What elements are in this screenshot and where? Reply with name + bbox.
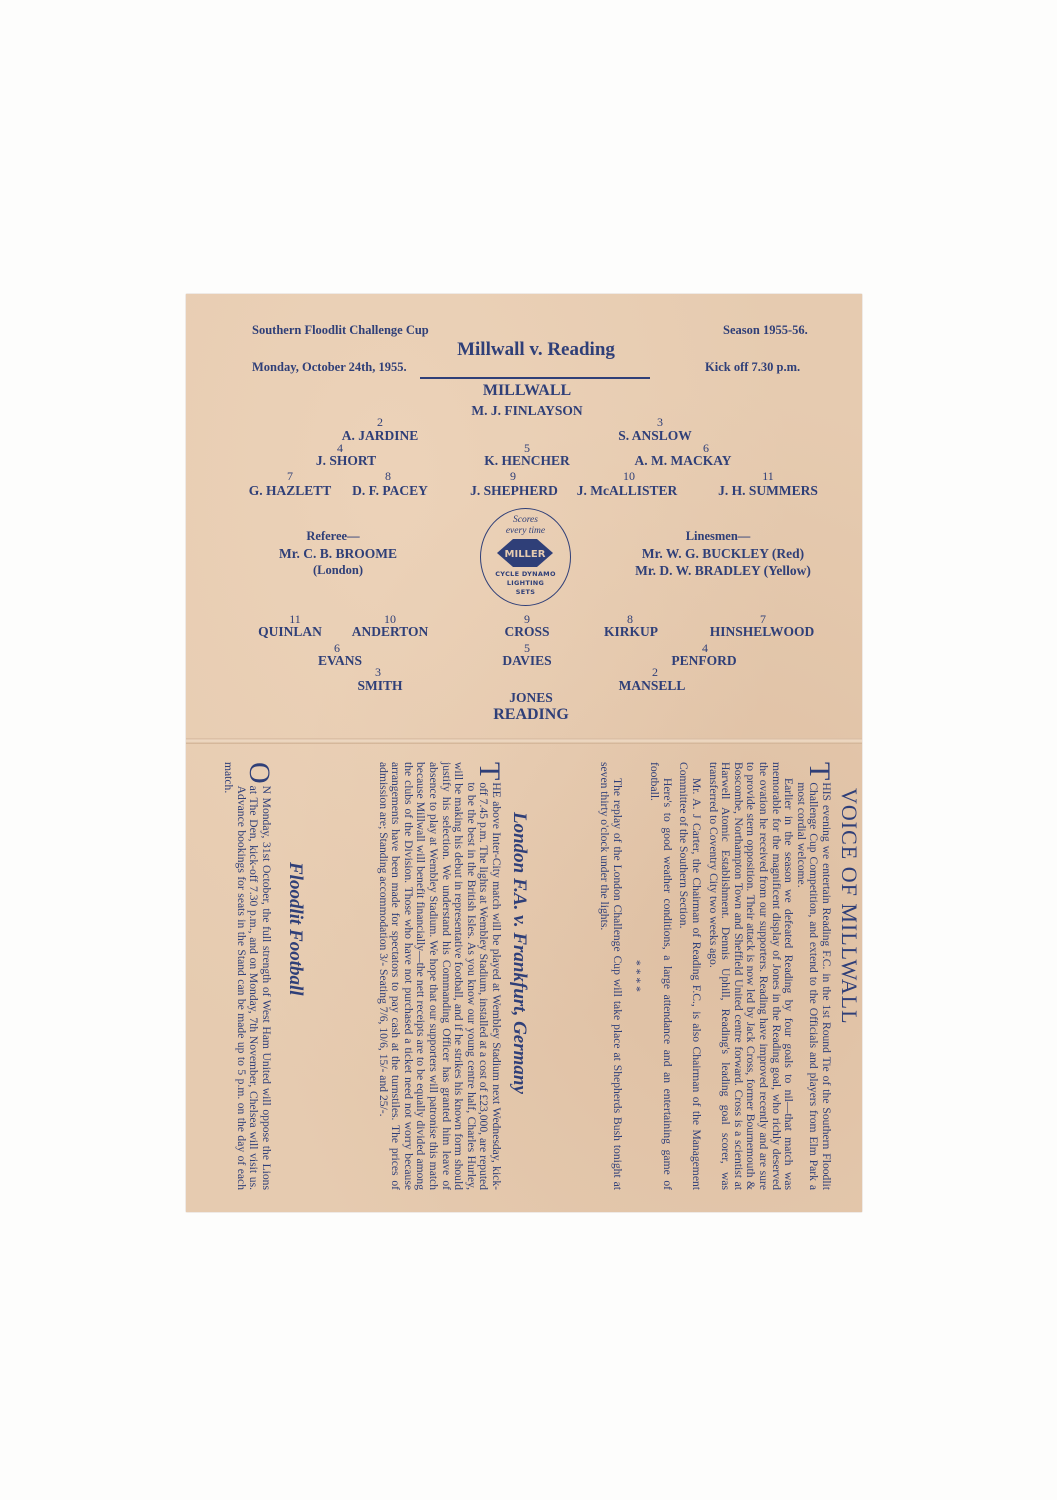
away-goalkeeper: JONES: [509, 690, 553, 706]
player-name: PENFORD: [671, 653, 736, 669]
player-name: QUINLAN: [258, 624, 322, 640]
player-name: A. M. MACKAY: [635, 453, 732, 469]
player-number: 10: [623, 469, 635, 484]
advert-product: LIGHTING: [481, 579, 570, 587]
player-number: 9: [510, 469, 516, 484]
player-number: 8: [385, 469, 391, 484]
voice-heading: VOICE OF MILLWALL: [836, 788, 862, 1025]
season-label: Season 1955-56.: [723, 323, 808, 338]
advert-product: CYCLE DYNAMO: [481, 570, 570, 578]
competition-name: Southern Floodlit Challenge Cup: [252, 323, 429, 338]
voice-para-3: Mr. A. J Carter, the Chairman of Reading…: [677, 762, 702, 1190]
advert-tagline: Scores: [481, 515, 570, 525]
player-name: DAVIES: [502, 653, 551, 669]
floodlit-heading: Floodlit Football: [284, 862, 306, 996]
london-heading: London F.A. v. Frankfurt, Germany: [508, 812, 530, 1094]
match-date: Monday, October 24th, 1955.: [252, 360, 407, 375]
player-name: J. McALLISTER: [577, 483, 678, 499]
player-name: J. SHORT: [316, 453, 376, 469]
stars-separator: * * * *: [629, 762, 642, 1190]
rotated-page: VOICE OF MILLWALL THIS evening we entert…: [192, 752, 862, 1202]
player-name: D. F. PACEY: [352, 483, 428, 499]
player-name: A. JARDINE: [342, 428, 419, 444]
drop-cap: T: [476, 762, 502, 780]
linesmen-label: Linesmen—: [686, 529, 751, 544]
player-name: CROSS: [504, 624, 549, 640]
player-name: K. HENCHER: [484, 453, 570, 469]
header-rule: [420, 377, 650, 379]
player-name: J. H. SUMMERS: [718, 483, 818, 499]
floodlit-article: ON Monday, 31st October, the full streng…: [222, 762, 272, 1190]
page-fold: [186, 738, 862, 744]
away-team-name: READING: [493, 706, 569, 724]
referee-label: Referee—: [306, 529, 359, 544]
voice-article: THIS evening we entertain Reading F.C. i…: [598, 762, 832, 1190]
home-team-name: MILLWALL: [483, 382, 571, 400]
referee-location: (London): [313, 563, 363, 578]
floodlit-para: N Monday, 31st October, the full strengt…: [222, 762, 273, 1190]
drop-cap: O: [246, 762, 272, 784]
london-article: THE above Inter-City match will be playe…: [376, 762, 502, 1190]
voice-para-2: Earlier in the season we defeated Readin…: [706, 762, 794, 1190]
player-number: 11: [762, 469, 774, 484]
referee-name: Mr. C. B. BROOME: [279, 546, 397, 562]
voice-para-4: Here's to good weather conditions, a lar…: [648, 762, 673, 1190]
player-name: KIRKUP: [604, 624, 658, 640]
linesman-yellow: Mr. D. W. BRADLEY (Yellow): [635, 563, 811, 579]
player-name: J. SHEPHERD: [470, 483, 558, 499]
player-name: EVANS: [318, 653, 362, 669]
voice-para-5: The replay of the London Challenge Cup w…: [598, 762, 623, 1190]
miller-diamond-icon: MILLER: [497, 539, 553, 567]
advert-tagline: every time: [481, 526, 570, 536]
drop-cap: T: [806, 762, 832, 780]
player-name: HINSHELWOOD: [710, 624, 815, 640]
voice-para-1: HIS evening we entertain Reading F.C. in…: [795, 782, 833, 1190]
player-name: G. HAZLETT: [249, 483, 332, 499]
london-para: HE above Inter-City match will be played…: [377, 762, 503, 1190]
linesman-red: Mr. W. G. BUCKLEY (Red): [642, 546, 804, 562]
player-number: 7: [287, 469, 293, 484]
advert-product: SETS: [481, 588, 570, 596]
player-name: MANSELL: [619, 678, 686, 694]
match-title: Millwall v. Reading: [457, 339, 615, 361]
player-name: ANDERTON: [352, 624, 429, 640]
miller-advert-logo: Scores every time MILLER CYCLE DYNAMO LI…: [480, 508, 571, 606]
player-name: SMITH: [357, 678, 402, 694]
player-name: S. ANSLOW: [618, 428, 692, 444]
home-goalkeeper: M. J. FINLAYSON: [471, 403, 582, 419]
svg-text:MILLER: MILLER: [505, 549, 546, 560]
kickoff-time: Kick off 7.30 p.m.: [705, 360, 800, 375]
